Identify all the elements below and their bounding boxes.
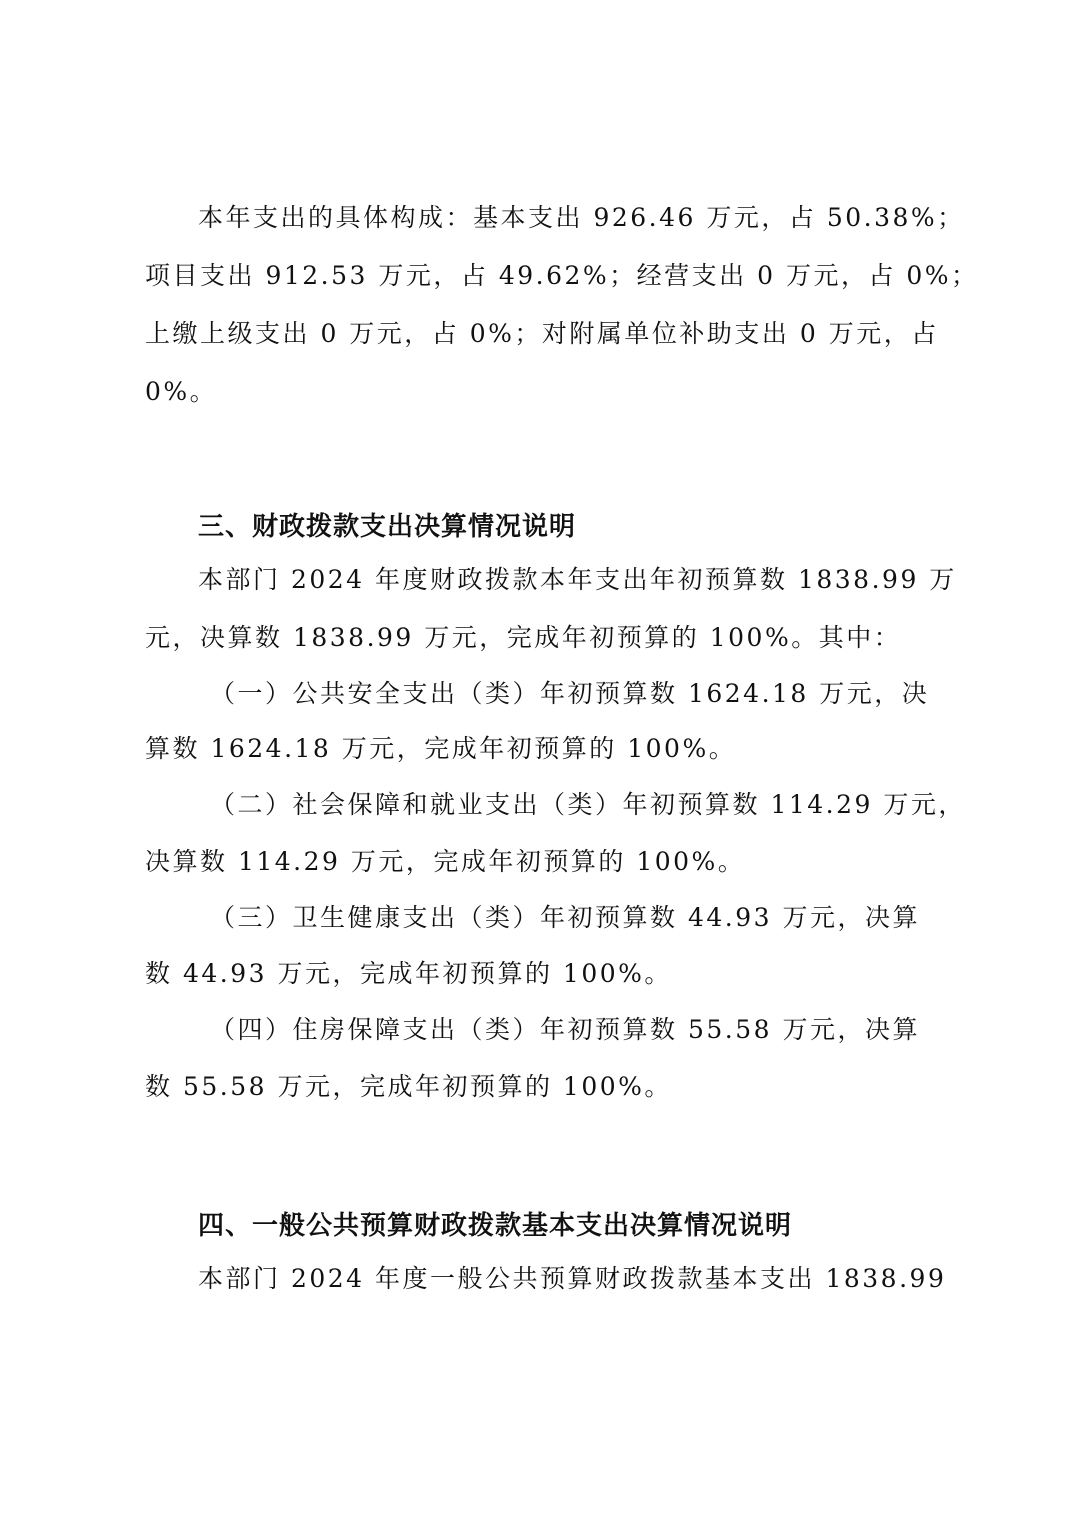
section-3-intro-line-1: 本部门 2024 年度财政拨款本年支出年初预算数 1838.99 万 <box>198 565 935 595</box>
section-3-item-2-line-1: （二）社会保障和就业支出（类）年初预算数 114.29 万元， <box>210 790 935 820</box>
paragraph-expenditure-composition-line-1: 本年支出的具体构成：基本支出 926.46 万元，占 50.38%； <box>198 203 935 233</box>
section-3-heading: 三、财政拨款支出决算情况说明 <box>198 506 576 543</box>
section-3-item-1-line-1: （一）公共安全支出（类）年初预算数 1624.18 万元，决 <box>210 679 935 709</box>
paragraph-expenditure-composition-line-4: 0%。 <box>145 377 935 407</box>
section-3-item-4-line-2: 数 55.58 万元，完成年初预算的 100%。 <box>145 1072 935 1102</box>
section-3-item-4-line-1: （四）住房保障支出（类）年初预算数 55.58 万元，决算 <box>210 1015 935 1045</box>
section-3-item-3-line-1: （三）卫生健康支出（类）年初预算数 44.93 万元，决算 <box>210 903 935 933</box>
section-4-intro-line-1: 本部门 2024 年度一般公共预算财政拨款基本支出 1838.99 <box>198 1264 935 1294</box>
section-3-intro-line-2: 元，决算数 1838.99 万元，完成年初预算的 100%。其中： <box>145 623 935 653</box>
section-3-item-3-line-2: 数 44.93 万元，完成年初预算的 100%。 <box>145 959 935 989</box>
paragraph-expenditure-composition-line-2: 项目支出 912.53 万元，占 49.62%；经营支出 0 万元，占 0%； <box>145 261 935 291</box>
section-4-heading: 四、一般公共预算财政拨款基本支出决算情况说明 <box>198 1205 792 1242</box>
section-3-item-2-line-2: 决算数 114.29 万元，完成年初预算的 100%。 <box>145 847 935 877</box>
section-3-item-1-line-2: 算数 1624.18 万元，完成年初预算的 100%。 <box>145 734 935 764</box>
paragraph-expenditure-composition-line-3: 上缴上级支出 0 万元，占 0%；对附属单位补助支出 0 万元，占 <box>145 319 935 349</box>
